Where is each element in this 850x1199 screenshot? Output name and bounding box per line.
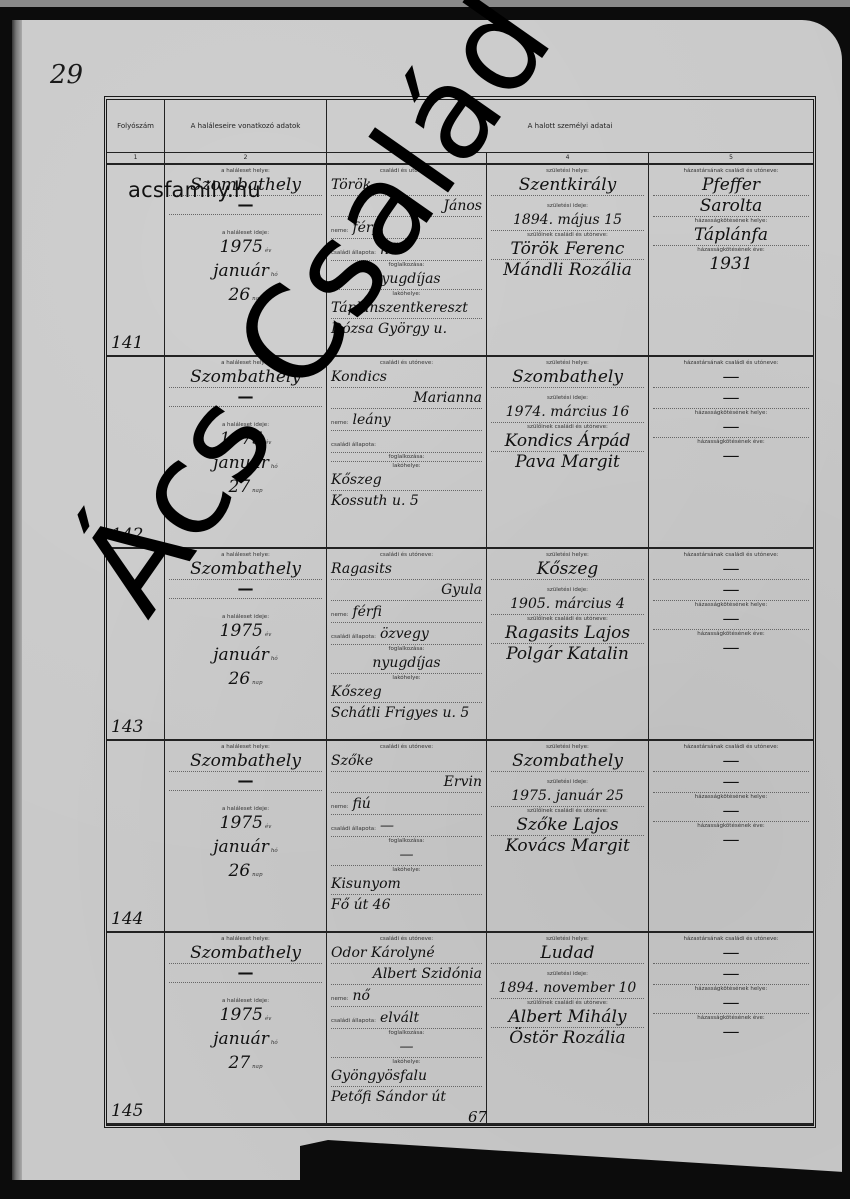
birth-place-label: születési helye: — [491, 551, 644, 559]
parents-label: szülőinek családi és utóneve: — [491, 999, 644, 1007]
marriage-place: — — [653, 801, 809, 822]
residence-2: Petőfi Sándor út — [331, 1087, 482, 1107]
father-name: Kondics Árpád — [491, 431, 644, 452]
footnote-number: 67 — [468, 1108, 487, 1126]
month-unit: hó — [271, 848, 278, 854]
marriage-year-label: házasságkötésének éve: — [653, 1014, 809, 1022]
marriage-cell: házastársának családi és utóneve: — — há… — [649, 933, 813, 1123]
birth-cell: születési helye: Szombathely születési i… — [487, 741, 649, 931]
year-unit: év — [265, 440, 271, 446]
birth-time-label: születési ideje: — [491, 970, 644, 978]
column-number: 2 — [165, 153, 327, 163]
month-unit: hó — [271, 272, 278, 278]
spouse-line-1: — — [653, 559, 809, 580]
death-place: Szombathely — [169, 751, 322, 772]
residence-2: Dózsa György u. — [331, 319, 482, 339]
birth-time-label: születési ideje: — [491, 586, 644, 594]
death-month-line: januárhó — [169, 261, 322, 285]
residence-label: lakóhelye: — [331, 462, 482, 470]
death-month: január — [213, 837, 269, 857]
surname: Török — [331, 175, 482, 196]
father-name: Ragasits Lajos — [491, 623, 644, 644]
sex: leány — [352, 412, 390, 428]
parents-label: szülőinek családi és utóneve: — [491, 615, 644, 623]
death-month: január — [213, 261, 269, 281]
residence-label: lakóhelye: — [331, 866, 482, 874]
spouse-line-2: — — [653, 580, 809, 601]
death-data-cell: a haláleset helye: Szombathely — a halál… — [165, 357, 327, 547]
death-month-line: januárhó — [169, 837, 322, 861]
birth-time-label: születési ideje: — [491, 202, 644, 210]
birth-place: Kőszeg — [491, 559, 644, 580]
residence-2: Fő út 46 — [331, 895, 482, 915]
marital-line: családi állapota: — [331, 431, 482, 453]
register-entry: 144 a haláleset helye: Szombathely — a h… — [107, 741, 813, 933]
death-month: január — [213, 453, 269, 473]
birth-place: Szentkirály — [491, 175, 644, 196]
spouse-line-2: — — [653, 964, 809, 985]
sex: férfi — [352, 220, 382, 236]
sex-label: neme: — [331, 228, 348, 234]
day-unit: nap — [252, 1064, 262, 1070]
identity-cell: családi és utóneve: Szőke Ervin neme:fiú… — [327, 741, 487, 931]
birth-place-label: születési helye: — [491, 359, 644, 367]
spouse-line-2: — — [653, 388, 809, 409]
spouse-label: házastársának családi és utóneve: — [653, 359, 809, 367]
death-day: 27 — [229, 1053, 251, 1073]
marriage-year-label: házasságkötésének éve: — [653, 246, 809, 254]
death-year: 1975 — [220, 429, 263, 449]
marriage-place: Táplánfa — [653, 225, 809, 246]
birth-time-label: születési ideje: — [491, 778, 644, 786]
birth-cell: születési helye: Szombathely születési i… — [487, 357, 649, 547]
year-unit: év — [265, 1016, 271, 1022]
death-time-label: a haláleset ideje: — [169, 997, 322, 1005]
occupation-label: foglalkozása: — [331, 645, 482, 653]
death-time-label: a haláleset ideje: — [169, 613, 322, 621]
day-unit: nap — [252, 296, 262, 302]
spouse-label: házastársának családi és utóneve: — [653, 167, 809, 175]
spouse-line-2: — — [653, 772, 809, 793]
column-number: 1 — [107, 153, 165, 163]
sex-line: neme:fiú — [331, 793, 482, 815]
surname: Kondics — [331, 367, 482, 388]
residence-1: Kisunyom — [331, 874, 482, 895]
marital-line: családi állapota:— — [331, 815, 482, 837]
spouse-label: házastársának családi és utóneve: — [653, 551, 809, 559]
name-label: családi és utóneve: — [331, 359, 482, 367]
given-name: Albert Szidónia — [331, 964, 482, 985]
surname: Ragasits — [331, 559, 482, 580]
site-watermark: acsfamily.hu — [128, 178, 261, 202]
given-name: János — [331, 196, 482, 217]
death-register-table: Folyószám A haláleseire vonatkozó adatok… — [104, 96, 816, 1128]
marriage-year-label: házasságkötésének éve: — [653, 630, 809, 638]
serial-cell: 142 — [107, 357, 165, 547]
death-year: 1975 — [220, 237, 263, 257]
marriage-place-label: házasságkötésének helye: — [653, 409, 809, 417]
marriage-year-label: házasságkötésének éve: — [653, 438, 809, 446]
occupation: — — [331, 1037, 482, 1058]
death-month-line: januárhó — [169, 453, 322, 477]
register-entry: 145 a haláleset helye: Szombathely — a h… — [107, 933, 813, 1125]
death-place-extra: — — [169, 964, 322, 983]
occupation: nyugdíjas — [331, 653, 482, 674]
identity-cell: családi és utóneve: Odor Károlyné Albert… — [327, 933, 487, 1123]
sex-label: neme: — [331, 804, 348, 810]
residence-label: lakóhelye: — [331, 1058, 482, 1066]
death-data-cell: a haláleset helye: Szombathely — a halál… — [165, 549, 327, 739]
death-place-extra: — — [169, 772, 322, 791]
marriage-place-label: házasságkötésének helye: — [653, 217, 809, 225]
residence-1: Táplánszentkereszt — [331, 298, 482, 319]
identity-cell: családi és utóneve: Ragasits Gyula neme:… — [327, 549, 487, 739]
table-header: Folyószám A haláleseire vonatkozó adatok… — [107, 100, 813, 153]
occupation-label: foglalkozása: — [331, 837, 482, 845]
mother-name: Mándli Rozália — [491, 260, 644, 280]
marital-status: elvált — [380, 1010, 419, 1026]
death-place: Szombathely — [169, 943, 322, 964]
mother-name: Polgár Katalin — [491, 644, 644, 664]
father-name: Albert Mihály — [491, 1007, 644, 1028]
birth-cell: születési helye: Szentkirály születési i… — [487, 165, 649, 355]
header-serial: Folyószám — [107, 100, 165, 152]
birth-time-label: születési ideje: — [491, 394, 644, 402]
death-month-line: januárhó — [169, 645, 322, 669]
given-name: Ervin — [331, 772, 482, 793]
month-unit: hó — [271, 1040, 278, 1046]
death-place-label: a haláleset helye: — [169, 167, 322, 175]
death-data-cell: a haláleset helye: Szombathely — a halál… — [165, 741, 327, 931]
spouse-line-2: Sarolta — [653, 196, 809, 217]
identity-cell: családi és utóneve: Török János neme:fér… — [327, 165, 487, 355]
residence-2: Schátli Frigyes u. 5 — [331, 703, 482, 723]
marriage-place-label: házasságkötésének helye: — [653, 601, 809, 609]
mother-name: Kovács Margit — [491, 836, 644, 856]
marital-label: családi állapota: — [331, 826, 376, 832]
marriage-cell: házastársának családi és utóneve: — — há… — [649, 357, 813, 547]
year-unit: év — [265, 632, 271, 638]
sex: nő — [352, 988, 369, 1004]
death-time-label: a haláleset ideje: — [169, 421, 322, 429]
mother-name: Pava Margit — [491, 452, 644, 472]
birth-date: 1894. május 15 — [491, 210, 644, 231]
birth-place-label: születési helye: — [491, 743, 644, 751]
entry-serial: 141 — [111, 333, 143, 353]
death-year: 1975 — [220, 813, 263, 833]
marital-label: családi állapota: — [331, 442, 376, 448]
marriage-year: — — [653, 638, 809, 658]
marriage-place: — — [653, 609, 809, 630]
father-name: Török Ferenc — [491, 239, 644, 260]
death-place: Szombathely — [169, 559, 322, 580]
day-unit: nap — [252, 872, 262, 878]
birth-place: Szombathely — [491, 751, 644, 772]
parents-label: szülőinek családi és utóneve: — [491, 807, 644, 815]
birth-place-label: születési helye: — [491, 935, 644, 943]
birth-place: Szombathely — [491, 367, 644, 388]
column-number: 4 — [487, 153, 649, 163]
death-day-line: 26nap — [169, 669, 322, 693]
death-year-line: 1975év — [169, 813, 322, 837]
residence-label: lakóhelye: — [331, 674, 482, 682]
death-place-extra: — — [169, 388, 322, 407]
register-entry: 143 a haláleset helye: Szombathely — a h… — [107, 549, 813, 741]
mother-name: Östör Rozália — [491, 1028, 644, 1048]
given-name: Marianna — [331, 388, 482, 409]
marital-status: — — [380, 818, 394, 834]
day-unit: nap — [252, 488, 262, 494]
sex: fiú — [352, 796, 370, 812]
marital-label: családi állapota: — [331, 1018, 376, 1024]
death-data-cell: a haláleset helye: Szombathely — a halál… — [165, 933, 327, 1123]
sex-label: neme: — [331, 612, 348, 618]
marital-status: nős — [380, 242, 405, 258]
entry-serial: 145 — [111, 1101, 143, 1121]
register-entry: 142 a haláleset helye: Szombathely — a h… — [107, 357, 813, 549]
sex-label: neme: — [331, 420, 348, 426]
marriage-cell: házastársának családi és utóneve: — — há… — [649, 549, 813, 739]
serial-cell: 144 — [107, 741, 165, 931]
spouse-line-1: — — [653, 367, 809, 388]
marital-line: családi állapota:nős — [331, 239, 482, 261]
marriage-cell: házastársának családi és utóneve: — — há… — [649, 741, 813, 931]
occupation-label: foglalkozása: — [331, 261, 482, 269]
occupation: — — [331, 845, 482, 866]
marital-status: özvegy — [380, 626, 429, 642]
death-place-label: a haláleset helye: — [169, 935, 322, 943]
birth-place-label: születési helye: — [491, 167, 644, 175]
year-unit: év — [265, 824, 271, 830]
birth-date: 1974. március 16 — [491, 402, 644, 423]
death-day: 26 — [229, 669, 251, 689]
month-unit: hó — [271, 464, 278, 470]
viewer-top-bar — [0, 0, 850, 7]
name-label: családi és utóneve: — [331, 743, 482, 751]
name-label: családi és utóneve: — [331, 551, 482, 559]
marriage-place-label: házasságkötésének helye: — [653, 793, 809, 801]
page-number: 29 — [50, 60, 83, 90]
death-year-line: 1975év — [169, 1005, 322, 1029]
marital-line: családi állapota:elvált — [331, 1007, 482, 1029]
header-death-data: A haláleseire vonatkozó adatok — [165, 100, 327, 152]
death-month: január — [213, 1029, 269, 1049]
birth-cell: születési helye: Kőszeg születési ideje:… — [487, 549, 649, 739]
parents-label: szülőinek családi és utóneve: — [491, 423, 644, 431]
spouse-label: házastársának családi és utóneve: — [653, 743, 809, 751]
name-label: családi és utóneve: — [331, 167, 482, 175]
residence-1: Kőszeg — [331, 682, 482, 703]
death-place-label: a haláleset helye: — [169, 551, 322, 559]
marital-label: családi állapota: — [331, 250, 376, 256]
marital-line: családi állapota:özvegy — [331, 623, 482, 645]
marriage-year: 1931 — [653, 254, 809, 274]
spouse-line-1: — — [653, 751, 809, 772]
marriage-place: — — [653, 993, 809, 1014]
surname: Szőke — [331, 751, 482, 772]
birth-date: 1894. november 10 — [491, 978, 644, 999]
death-time-label: a haláleset ideje: — [169, 229, 322, 237]
month-unit: hó — [271, 656, 278, 662]
death-day: 26 — [229, 861, 251, 881]
death-year: 1975 — [220, 621, 263, 641]
entry-serial: 144 — [111, 909, 143, 929]
marriage-place-label: házasságkötésének helye: — [653, 985, 809, 993]
marriage-year: — — [653, 446, 809, 466]
sex-label: neme: — [331, 996, 348, 1002]
spouse-line-1: — — [653, 943, 809, 964]
marriage-place: — — [653, 417, 809, 438]
given-name: Gyula — [331, 580, 482, 601]
marriage-year: — — [653, 1022, 809, 1042]
death-year-line: 1975év — [169, 621, 322, 645]
death-day: 27 — [229, 477, 251, 497]
year-unit: év — [265, 248, 271, 254]
death-place-label: a haláleset helye: — [169, 359, 322, 367]
day-unit: nap — [252, 680, 262, 686]
death-place: Szombathely — [169, 367, 322, 388]
entry-serial: 143 — [111, 717, 143, 737]
birth-cell: születési helye: Ludad születési ideje: … — [487, 933, 649, 1123]
sex-line: neme:férfi — [331, 601, 482, 623]
residence-1: Gyöngyösfalu — [331, 1066, 482, 1087]
identity-cell: családi és utóneve: Kondics Marianna nem… — [327, 357, 487, 547]
birth-date: 1975. január 25 — [491, 786, 644, 807]
death-day-line: 27nap — [169, 477, 322, 501]
marriage-year: — — [653, 830, 809, 850]
sex: férfi — [352, 604, 382, 620]
death-month-line: januárhó — [169, 1029, 322, 1053]
birth-place: Ludad — [491, 943, 644, 964]
death-day: 26 — [229, 285, 251, 305]
death-place-extra: — — [169, 580, 322, 599]
death-day-line: 27nap — [169, 1053, 322, 1077]
book-spine — [12, 20, 22, 1180]
column-numbers: 1 2 3 4 5 — [107, 153, 813, 165]
father-name: Szőke Lajos — [491, 815, 644, 836]
residence-2: Kossuth u. 5 — [331, 491, 482, 511]
birth-date: 1905. március 4 — [491, 594, 644, 615]
sex-line: neme:férfi — [331, 217, 482, 239]
marriage-year-label: házasságkötésének éve: — [653, 822, 809, 830]
column-number: 5 — [649, 153, 813, 163]
column-number: 3 — [327, 153, 487, 163]
name-label: családi és utóneve: — [331, 935, 482, 943]
spouse-label: házastársának családi és utóneve: — [653, 935, 809, 943]
death-month: január — [213, 645, 269, 665]
spouse-line-1: Pfeffer — [653, 175, 809, 196]
occupation: nyugdíjas — [331, 269, 482, 290]
death-year-line: 1975év — [169, 237, 322, 261]
serial-cell: 145 — [107, 933, 165, 1123]
death-day-line: 26nap — [169, 861, 322, 885]
death-place-label: a haláleset helye: — [169, 743, 322, 751]
surname: Odor Károlyné — [331, 943, 482, 964]
header-personal-data: A halott személyi adatai — [327, 100, 813, 152]
sex-line: neme:nő — [331, 985, 482, 1007]
death-day-line: 26nap — [169, 285, 322, 309]
parents-label: szülőinek családi és utóneve: — [491, 231, 644, 239]
entry-serial: 142 — [111, 525, 143, 545]
occupation-label: foglalkozása: — [331, 1029, 482, 1037]
death-year-line: 1975év — [169, 429, 322, 453]
serial-cell: 143 — [107, 549, 165, 739]
marriage-cell: házastársának családi és utóneve: Pfeffe… — [649, 165, 813, 355]
sex-line: neme:leány — [331, 409, 482, 431]
marital-label: családi állapota: — [331, 634, 376, 640]
residence-label: lakóhelye: — [331, 290, 482, 298]
death-year: 1975 — [220, 1005, 263, 1025]
death-time-label: a haláleset ideje: — [169, 805, 322, 813]
residence-1: Kőszeg — [331, 470, 482, 491]
occupation-label: foglalkozása: — [331, 453, 482, 461]
